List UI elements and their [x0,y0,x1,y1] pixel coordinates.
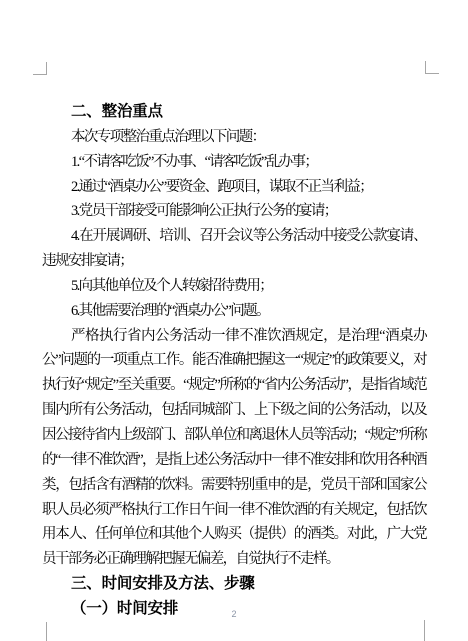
intro-paragraph: 本次专项整治重点治理以下问题： [42,125,426,150]
list-item-6: 6.其他需要治理的“酒桌办公”问题。 [42,299,426,324]
margin-crop-mark-top-right [425,61,439,74]
section-heading-2: 二、整治重点 [42,100,426,125]
margin-crop-mark-top-left [33,62,47,75]
list-item-2: 2.通过“酒桌办公”要资金、跑项目，谋取不正当利益； [42,175,426,200]
margin-crop-mark-bottom-right [424,620,425,641]
page-number: 2 [0,608,468,620]
document-page: 二、整治重点 本次专项整治重点治理以下问题： 1.“不请客吃饭”不办事、“请客吃… [0,0,468,641]
list-item-5: 5.向其他单位及个人转嫁招待费用； [42,274,426,299]
list-item-4: 4.在开展调研、培训、召开会议等公务活动中接受公款宴请、违规安排宴请； [42,224,426,274]
regulation-paragraph: 严格执行省内公务活动一律不准饮酒规定，是治理“酒桌办公”问题的一项重点工作。能否… [42,324,426,572]
document-body: 二、整治重点 本次专项整治重点治理以下问题： 1.“不请客吃饭”不办事、“请客吃… [42,100,426,622]
list-item-3: 3.党员干部接受可能影响公正执行公务的宴请； [42,199,426,224]
margin-crop-mark-bottom-left [46,622,47,641]
section-heading-3: 三、时间安排及方法、步骤 [42,572,426,597]
list-item-1: 1.“不请客吃饭”不办事、“请客吃饭”乱办事； [42,150,426,175]
